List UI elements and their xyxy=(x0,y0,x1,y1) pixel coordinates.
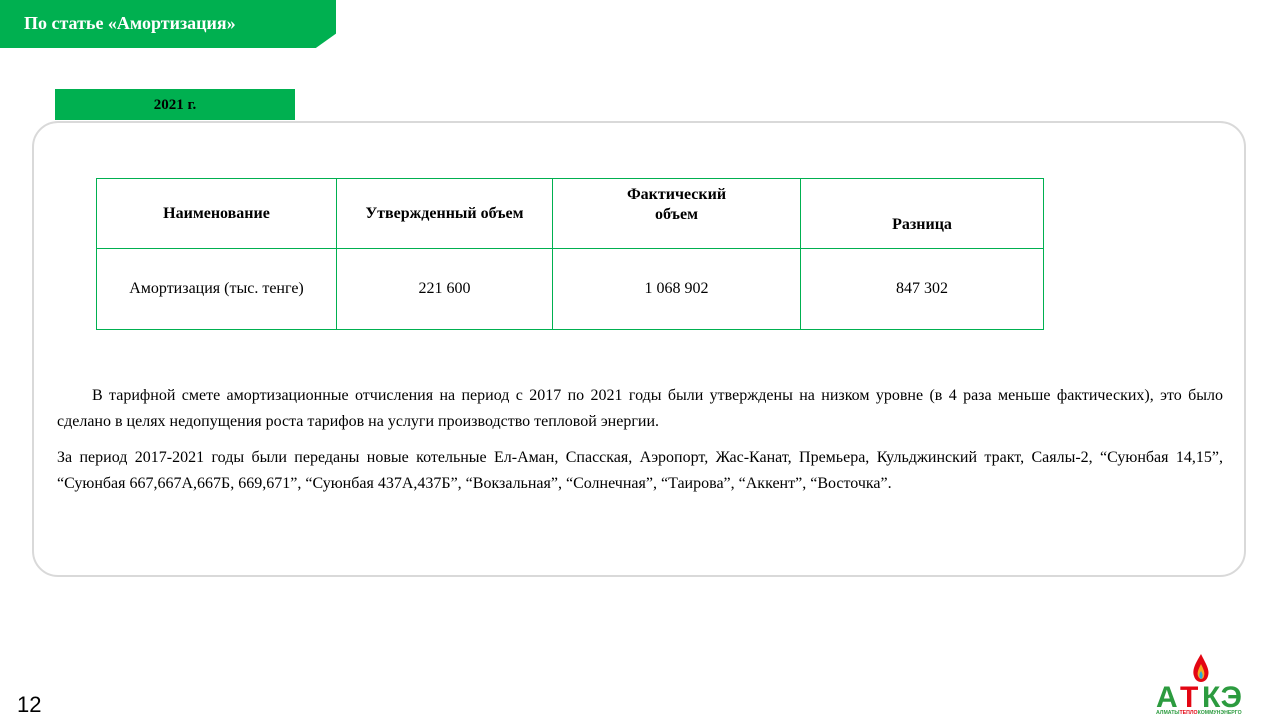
table-cell: Амортизация (тыс. тенге) xyxy=(97,249,337,330)
paragraph-tariff: В тарифной смете амортизационные отчисле… xyxy=(57,383,1223,435)
table-cell: 221 600 xyxy=(337,249,553,330)
title-banner: По статье «Амортизация» xyxy=(0,0,336,48)
year-label: 2021 г. xyxy=(55,89,295,120)
table-header-row: Наименование Утвержденный объем Фактичес… xyxy=(97,179,1044,249)
page-number: 12 xyxy=(17,692,41,718)
column-header: Наименование xyxy=(97,179,337,249)
amortization-table: Наименование Утвержденный объем Фактичес… xyxy=(96,178,1044,330)
column-header: Фактический объем xyxy=(553,179,801,249)
page-title: По статье «Амортизация» xyxy=(24,13,236,34)
table-cell: 847 302 xyxy=(801,249,1044,330)
svg-text:АЛМАТЫТЕПЛОКОММУНЭНЕРГО: АЛМАТЫТЕПЛОКОММУНЭНЕРГО xyxy=(1156,710,1242,716)
column-header: Разница xyxy=(801,179,1044,249)
column-header: Утвержденный объем xyxy=(337,179,553,249)
paragraph-boilers: За период 2017-2021 годы были переданы н… xyxy=(57,445,1223,497)
table-row: Амортизация (тыс. тенге) 221 600 1 068 9… xyxy=(97,249,1044,330)
flame-icon xyxy=(1193,654,1208,682)
company-logo: А Т КЭ АЛМАТЫТЕПЛОКОММУНЭНЕРГО xyxy=(1152,652,1276,716)
table-cell: 1 068 902 xyxy=(553,249,801,330)
